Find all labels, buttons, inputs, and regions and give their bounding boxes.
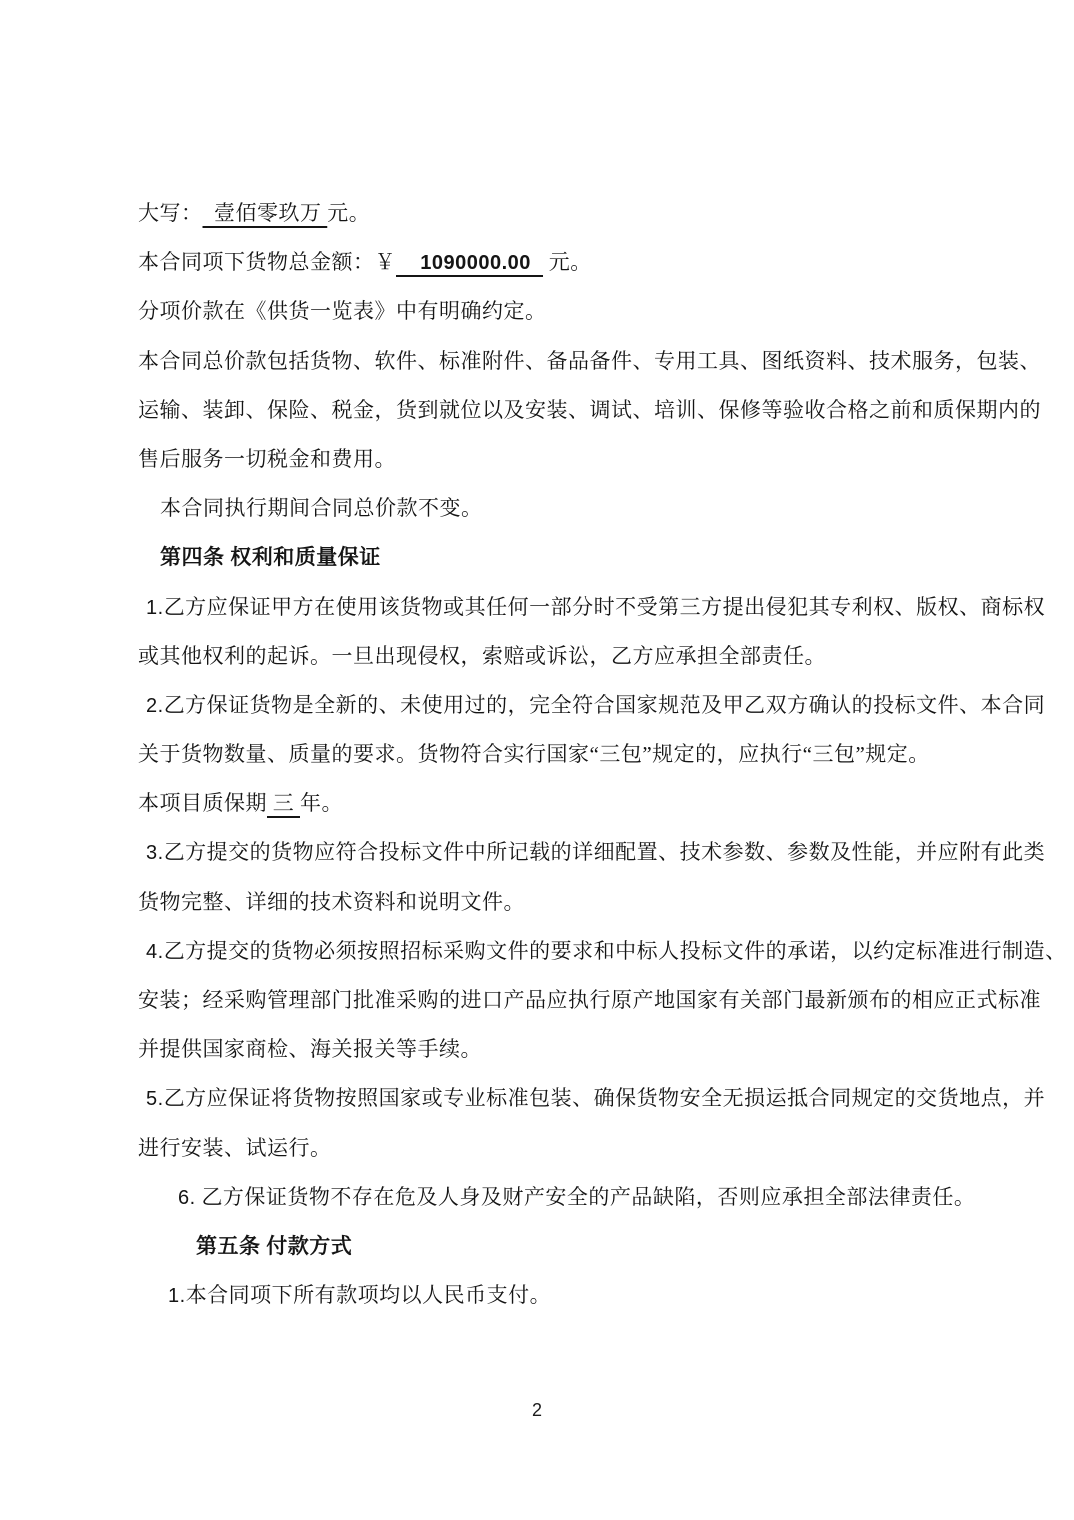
clause-4-1-line-1: 1.乙方应保证甲方在使用该货物或其任何一部分时不受第三方提出侵犯其专利权、版权、… (138, 583, 950, 632)
text-run: 乙方提交的货物必须按照招标采购文件的要求和中标人投标文件的承诺，以约定标准进行制… (164, 939, 1067, 963)
underlined-fill-in-text: 三 (267, 791, 300, 815)
underlined-fill-in-text: 1090000.00 (396, 252, 543, 274)
text-run: 元。 (543, 250, 592, 274)
total-amount-line: 本合同项下货物总金额：￥ 1090000.00 元。 (138, 238, 950, 287)
clause-4-2-line-2: 关于货物数量、质量的要求。货物符合实行国家“三包”规定的，应执行“三包”规定。 (138, 730, 950, 779)
text-run: 安装；经采购管理部门批准采购的进口产品应执行原产地国家有关部门最新颁布的相应正式… (138, 988, 1041, 1012)
warranty-period-line: 本项目质保期 三 年。 (138, 779, 950, 828)
text-run: 6. (178, 1187, 196, 1209)
clause-4-5-line-1: 5.乙方应保证将货物按照国家或专业标准包装、确保货物安全无损运抵合同规定的交货地… (138, 1074, 950, 1123)
clause-4-1-line-2: 或其他权利的起诉。一旦出现侵权，索赔或诉讼，乙方应承担全部责任。 (138, 632, 950, 681)
text-run: 4. (146, 941, 164, 963)
document-body: 大写： 壹佰零玖万 元。本合同项下货物总金额：￥ 1090000.00 元。分项… (138, 189, 950, 1320)
amount-in-words-line: 大写： 壹佰零玖万 元。 (138, 189, 950, 238)
clause-4-4-line-1: 4.乙方提交的货物必须按照招标采购文件的要求和中标人投标文件的承诺，以约定标准进… (138, 927, 950, 976)
text-run: 1. (146, 597, 164, 619)
text-run: 进行安装、试运行。 (138, 1136, 332, 1160)
clause-4-4-line-3: 并提供国家商检、海关报关等手续。 (138, 1025, 950, 1074)
text-run: 5. (146, 1088, 164, 1110)
page-footer: 2 (0, 1398, 1074, 1422)
clause-4-5-line-2: 进行安装、试运行。 (138, 1124, 950, 1173)
text-run: 1. (168, 1285, 186, 1307)
text-run: 乙方提交的货物应符合投标文件中所记载的详细配置、技术参数、参数及性能，并应附有此… (164, 840, 1046, 864)
text-run: 乙方保证货物是全新的、未使用过的，完全符合国家规范及甲乙双方确认的投标文件、本合… (164, 693, 1046, 717)
total-price-scope-line-2: 运输、装卸、保险、税金，货到就位以及安装、调试、培训、保修等验收合格之前和质保期… (138, 386, 950, 435)
clause-4-3-line-1: 3.乙方提交的货物应符合投标文件中所记载的详细配置、技术参数、参数及性能，并应附… (138, 828, 950, 877)
text-run: 本合同总价款包括货物、软件、标准附件、备品备件、专用工具、图纸资料、技术服务，包… (138, 349, 1041, 373)
text-run: 售后服务一切税金和费用。 (138, 447, 396, 471)
text-run: 或其他权利的起诉。一旦出现侵权，索赔或诉讼，乙方应承担全部责任。 (138, 644, 826, 668)
text-run: 第四条 权利和质量保证 (160, 545, 381, 569)
text-run: 元。 (327, 201, 370, 225)
contract-document-page: 大写： 壹佰零玖万 元。本合同项下货物总金额：￥ 1090000.00 元。分项… (0, 0, 1074, 1520)
text-run: 分项价款在《供货一览表》中有明确约定。 (138, 299, 547, 323)
text-run: 乙方应保证将货物按照国家或专业标准包装、确保货物安全无损运抵合同规定的交货地点，… (164, 1086, 1046, 1110)
clause-4-6-line: 6. 乙方保证货物不存在危及人身及财产安全的产品缺陷，否则应承担全部法律责任。 (138, 1173, 950, 1222)
text-run: 关于货物数量、质量的要求。货物符合实行国家“三包”规定的，应执行“三包”规定。 (138, 742, 930, 766)
itemized-price-line: 分项价款在《供货一览表》中有明确约定。 (138, 287, 950, 336)
text-run: 大写： (138, 201, 203, 225)
clause-5-1-line: 1.本合同项下所有款项均以人民币支付。 (138, 1271, 950, 1320)
text-run: 运输、装卸、保险、税金，货到就位以及安装、调试、培训、保修等验收合格之前和质保期… (138, 398, 1041, 422)
total-price-scope-line-3: 售后服务一切税金和费用。 (138, 435, 950, 484)
total-price-scope-line-1: 本合同总价款包括货物、软件、标准附件、备品备件、专用工具、图纸资料、技术服务，包… (138, 337, 950, 386)
clause-4-3-line-2: 货物完整、详细的技术资料和说明文件。 (138, 878, 950, 927)
text-run: 3. (146, 842, 164, 864)
text-run: 年。 (300, 791, 343, 815)
price-unchanged-line: 本合同执行期间合同总价款不变。 (138, 484, 950, 533)
text-run: 乙方保证货物不存在危及人身及财产安全的产品缺陷，否则应承担全部法律责任。 (196, 1185, 976, 1209)
section-4-heading: 第四条 权利和质量保证 (138, 533, 950, 582)
text-run: 货物完整、详细的技术资料和说明文件。 (138, 890, 525, 914)
text-run: 本合同执行期间合同总价款不变。 (160, 496, 483, 520)
text-run: 2. (146, 695, 164, 717)
text-run: 本合同项下货物总金额：￥ (138, 250, 396, 274)
text-run: 第五条 付款方式 (196, 1234, 352, 1258)
clause-4-4-line-2: 安装；经采购管理部门批准采购的进口产品应执行原产地国家有关部门最新颁布的相应正式… (138, 976, 950, 1025)
text-run: 本合同项下所有款项均以人民币支付。 (186, 1283, 552, 1307)
underlined-fill-in-text: 壹佰零玖万 (203, 201, 328, 225)
section-5-heading: 第五条 付款方式 (138, 1222, 950, 1271)
page-number: 2 (532, 1398, 542, 1422)
text-run: 并提供国家商检、海关报关等手续。 (138, 1037, 482, 1061)
text-run: 本项目质保期 (138, 791, 267, 815)
clause-4-2-line-1: 2.乙方保证货物是全新的、未使用过的，完全符合国家规范及甲乙双方确认的投标文件、… (138, 681, 950, 730)
text-run: 乙方应保证甲方在使用该货物或其任何一部分时不受第三方提出侵犯其专利权、版权、商标… (164, 595, 1046, 619)
